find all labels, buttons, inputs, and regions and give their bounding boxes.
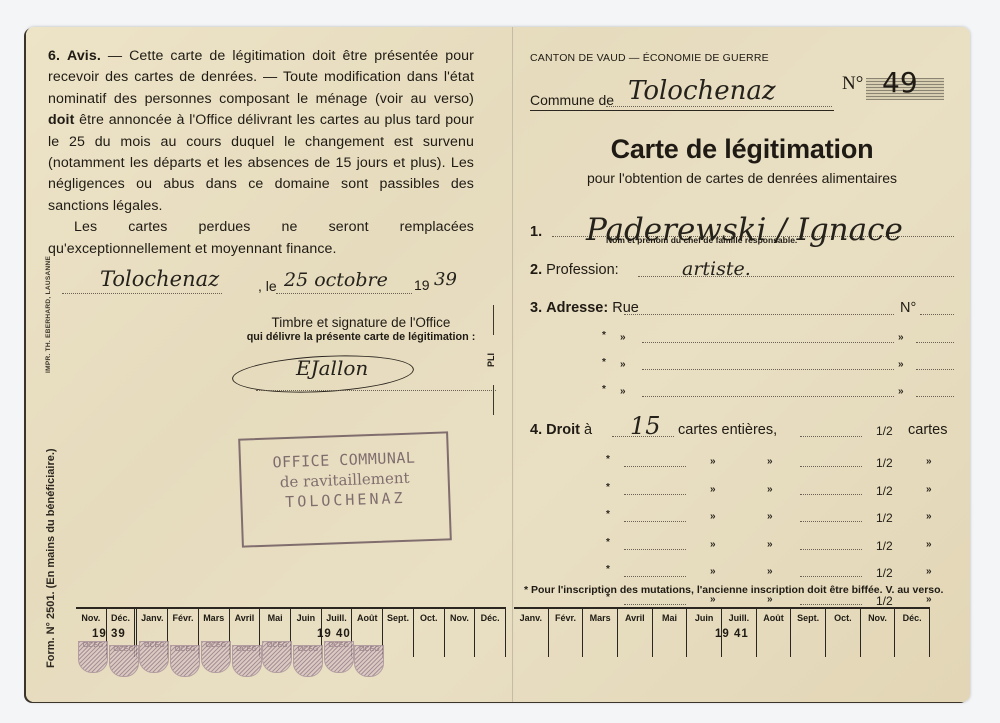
field-name: 1. Paderewski / Ignace Nom et prénom du … bbox=[530, 222, 954, 252]
ration-stamp: OCEG bbox=[293, 645, 323, 677]
avis-text-cont: être annoncée à l'Office délivrant les c… bbox=[48, 112, 474, 214]
mutation-footnote: * Pour l'inscription des mutations, l'an… bbox=[524, 584, 943, 596]
month-cell-right-0: Janv. bbox=[514, 609, 549, 657]
a-label: à bbox=[584, 422, 592, 438]
address-mutation-row: * » » bbox=[530, 357, 954, 377]
commune-value: Tolochenaz bbox=[628, 76, 776, 106]
avis-notice: 6. Avis. — Cette carte de légitimation d… bbox=[48, 46, 474, 260]
field-entitlement: 4. Droit à 15 cartes entières, 1/2 carte… bbox=[530, 422, 954, 446]
footnote-see-verso: V. au verso. bbox=[885, 584, 943, 596]
signature-line bbox=[256, 390, 496, 391]
entitlement-mutation-row: *»»1/2» bbox=[530, 509, 954, 529]
avis-text: — Cette carte de légitimation doit être … bbox=[48, 48, 474, 107]
printer-imprint: IMPR. TH. EBERHARD, LAUSANNE bbox=[45, 256, 52, 373]
ditto-mark: » bbox=[926, 539, 932, 550]
commune-field: Commune de Tolochenaz bbox=[530, 80, 834, 111]
half-label: 1/2 bbox=[876, 424, 893, 438]
footnote-text: * Pour l'inscription des mutations, l'an… bbox=[524, 584, 883, 596]
issue-year-printed: 19 bbox=[414, 277, 430, 293]
asterisk: * bbox=[602, 330, 606, 341]
ditto-mark: » bbox=[620, 359, 626, 370]
whole-cards-label: cartes entières, bbox=[678, 422, 777, 438]
month-cell-right-7: Août bbox=[757, 609, 792, 657]
whole-cards-value: 15 bbox=[630, 412, 661, 440]
ditto-mark: » bbox=[710, 456, 716, 467]
ditto-mark: » bbox=[898, 386, 904, 397]
ditto-mark: » bbox=[767, 456, 773, 467]
name-hint: Nom et prénom du chef de famille respons… bbox=[606, 235, 797, 245]
ditto-mark: » bbox=[926, 456, 932, 467]
ration-stamp: OCEG bbox=[78, 641, 108, 673]
asterisk: * bbox=[606, 537, 610, 548]
asterisk: * bbox=[606, 564, 610, 575]
fold-mark: PLI bbox=[488, 305, 500, 415]
field-profession: 2. Profession: artiste. bbox=[530, 262, 954, 286]
month-cell-right-2: Mars bbox=[583, 609, 618, 657]
profession-value: artiste. bbox=[682, 258, 751, 280]
year-1941: 19 41 bbox=[715, 628, 749, 640]
asterisk: * bbox=[602, 357, 606, 368]
half-cards-label: cartes bbox=[908, 422, 948, 438]
number-label: N° bbox=[842, 73, 863, 95]
signature-label-line1: Timbre et signature de l'Office bbox=[226, 315, 496, 330]
card-subtitle: pour l'obtention de cartes de denrées al… bbox=[514, 170, 970, 186]
asterisk: * bbox=[606, 454, 610, 465]
half-label: 1/2 bbox=[876, 511, 893, 525]
month-cell-left-11: Oct. bbox=[414, 609, 445, 657]
month-cell-left-12: Nov. bbox=[445, 609, 476, 657]
commune-label: Commune de bbox=[530, 92, 614, 108]
street-number-label: N° bbox=[900, 300, 916, 316]
field-profession-number: 2. bbox=[530, 262, 542, 278]
ration-stamp: OCEG bbox=[201, 641, 231, 673]
ditto-mark: » bbox=[710, 539, 716, 550]
ditto-mark: » bbox=[926, 511, 932, 522]
left-panel: 6. Avis. — Cette carte de légitimation d… bbox=[26, 0, 512, 675]
half-label: 1/2 bbox=[876, 484, 893, 498]
ditto-mark: » bbox=[926, 484, 932, 495]
entitlement-label: Droit bbox=[546, 422, 580, 438]
office-signature: EJallon bbox=[296, 356, 368, 380]
field-name-number: 1. bbox=[530, 224, 542, 240]
form-number: Form. N° 2501. (En mains du bénéficiaire… bbox=[45, 448, 57, 668]
month-cell-right-3: Avril bbox=[618, 609, 653, 657]
issue-year-handwritten: 39 bbox=[434, 269, 457, 290]
ditto-mark: » bbox=[767, 566, 773, 577]
right-panel: CANTON DE VAUD — ÉCONOMIE DE GUERRE Comm… bbox=[514, 0, 970, 675]
office-signature-label: Timbre et signature de l'Office qui déli… bbox=[226, 315, 496, 343]
ration-stamp: OCEG bbox=[139, 641, 169, 673]
ditto-mark: » bbox=[767, 511, 773, 522]
month-cell-left-10: Sept. bbox=[383, 609, 414, 657]
year-1940: 19 40 bbox=[317, 628, 351, 640]
month-cell-right-9: Oct. bbox=[826, 609, 861, 657]
ditto-mark: » bbox=[767, 484, 773, 495]
entitlement-mutation-row: *»»1/2» bbox=[530, 454, 954, 474]
year-1939: 19 39 bbox=[92, 628, 126, 640]
field-address-number: 3. bbox=[530, 300, 542, 316]
issue-dateline: Tolochenaz , le 25 octobre 19 39 bbox=[62, 273, 484, 299]
ration-stamp: OCEG bbox=[324, 641, 354, 673]
field-address: 3. Adresse: Rue N° bbox=[530, 300, 954, 324]
half-label: 1/2 bbox=[876, 539, 893, 553]
ration-stamp: OCEG bbox=[232, 645, 262, 677]
ditto-mark: » bbox=[620, 332, 626, 343]
address-label: Adresse: bbox=[546, 300, 608, 316]
issue-place: Tolochenaz bbox=[100, 267, 219, 291]
avis-number: 6. bbox=[48, 48, 60, 64]
avis-paragraph-1: 6. Avis. — Cette carte de légitimation d… bbox=[48, 46, 474, 217]
address-mutation-row: * » » bbox=[530, 384, 954, 404]
ditto-mark: » bbox=[898, 359, 904, 370]
office-communal-stamp: OFFICE COMMUNAL de ravitaillement TOLOCH… bbox=[238, 431, 452, 547]
ditto-mark: » bbox=[898, 332, 904, 343]
half-label: 1/2 bbox=[876, 456, 893, 470]
ditto-mark: » bbox=[710, 484, 716, 495]
field-entitlement-number: 4. bbox=[530, 422, 542, 438]
ditto-mark: » bbox=[926, 566, 932, 577]
ration-stamp: OCEG bbox=[354, 645, 384, 677]
month-cell-right-10: Nov. bbox=[861, 609, 896, 657]
ration-stamp: OCEG bbox=[170, 645, 200, 677]
entitlement-mutation-row: *»»1/2» bbox=[530, 537, 954, 557]
canton-header: CANTON DE VAUD — ÉCONOMIE DE GUERRE bbox=[530, 52, 769, 64]
asterisk: * bbox=[606, 482, 610, 493]
month-cell-right-11: Déc. bbox=[895, 609, 930, 657]
month-cell-left-13: Déc. bbox=[475, 609, 506, 657]
card-number: 49 bbox=[882, 66, 918, 99]
month-cell-right-1: Févr. bbox=[549, 609, 584, 657]
signature-label-line2: qui délivre la présente carte de légitim… bbox=[226, 331, 496, 343]
le-label: , le bbox=[258, 278, 277, 294]
ration-stamp: OCEG bbox=[109, 645, 139, 677]
avis-paragraph-2: Les cartes perdues ne seront remplacées … bbox=[48, 217, 474, 260]
entitlement-mutation-row: *»»1/2» bbox=[530, 564, 954, 584]
profession-label: Profession: bbox=[546, 262, 619, 278]
ditto-mark: » bbox=[620, 386, 626, 397]
ration-stamp: OCEG bbox=[262, 641, 292, 673]
month-cell-right-4: Mai bbox=[653, 609, 688, 657]
half-label: 1/2 bbox=[876, 566, 893, 580]
month-cell-right-8: Sept. bbox=[791, 609, 826, 657]
avis-bold-doit: doit bbox=[48, 112, 74, 128]
address-mutation-row: * » » bbox=[530, 330, 954, 350]
ditto-mark: » bbox=[710, 511, 716, 522]
card-title: Carte de légitimation bbox=[514, 134, 970, 165]
issue-date: 25 octobre bbox=[284, 269, 388, 291]
fold-mark-label: PLI bbox=[486, 353, 496, 367]
avis-heading: Avis. bbox=[67, 48, 101, 64]
ditto-mark: » bbox=[710, 566, 716, 577]
asterisk: * bbox=[606, 509, 610, 520]
ditto-mark: » bbox=[767, 539, 773, 550]
entitlement-mutation-row: *»»1/2» bbox=[530, 482, 954, 502]
asterisk: * bbox=[602, 384, 606, 395]
